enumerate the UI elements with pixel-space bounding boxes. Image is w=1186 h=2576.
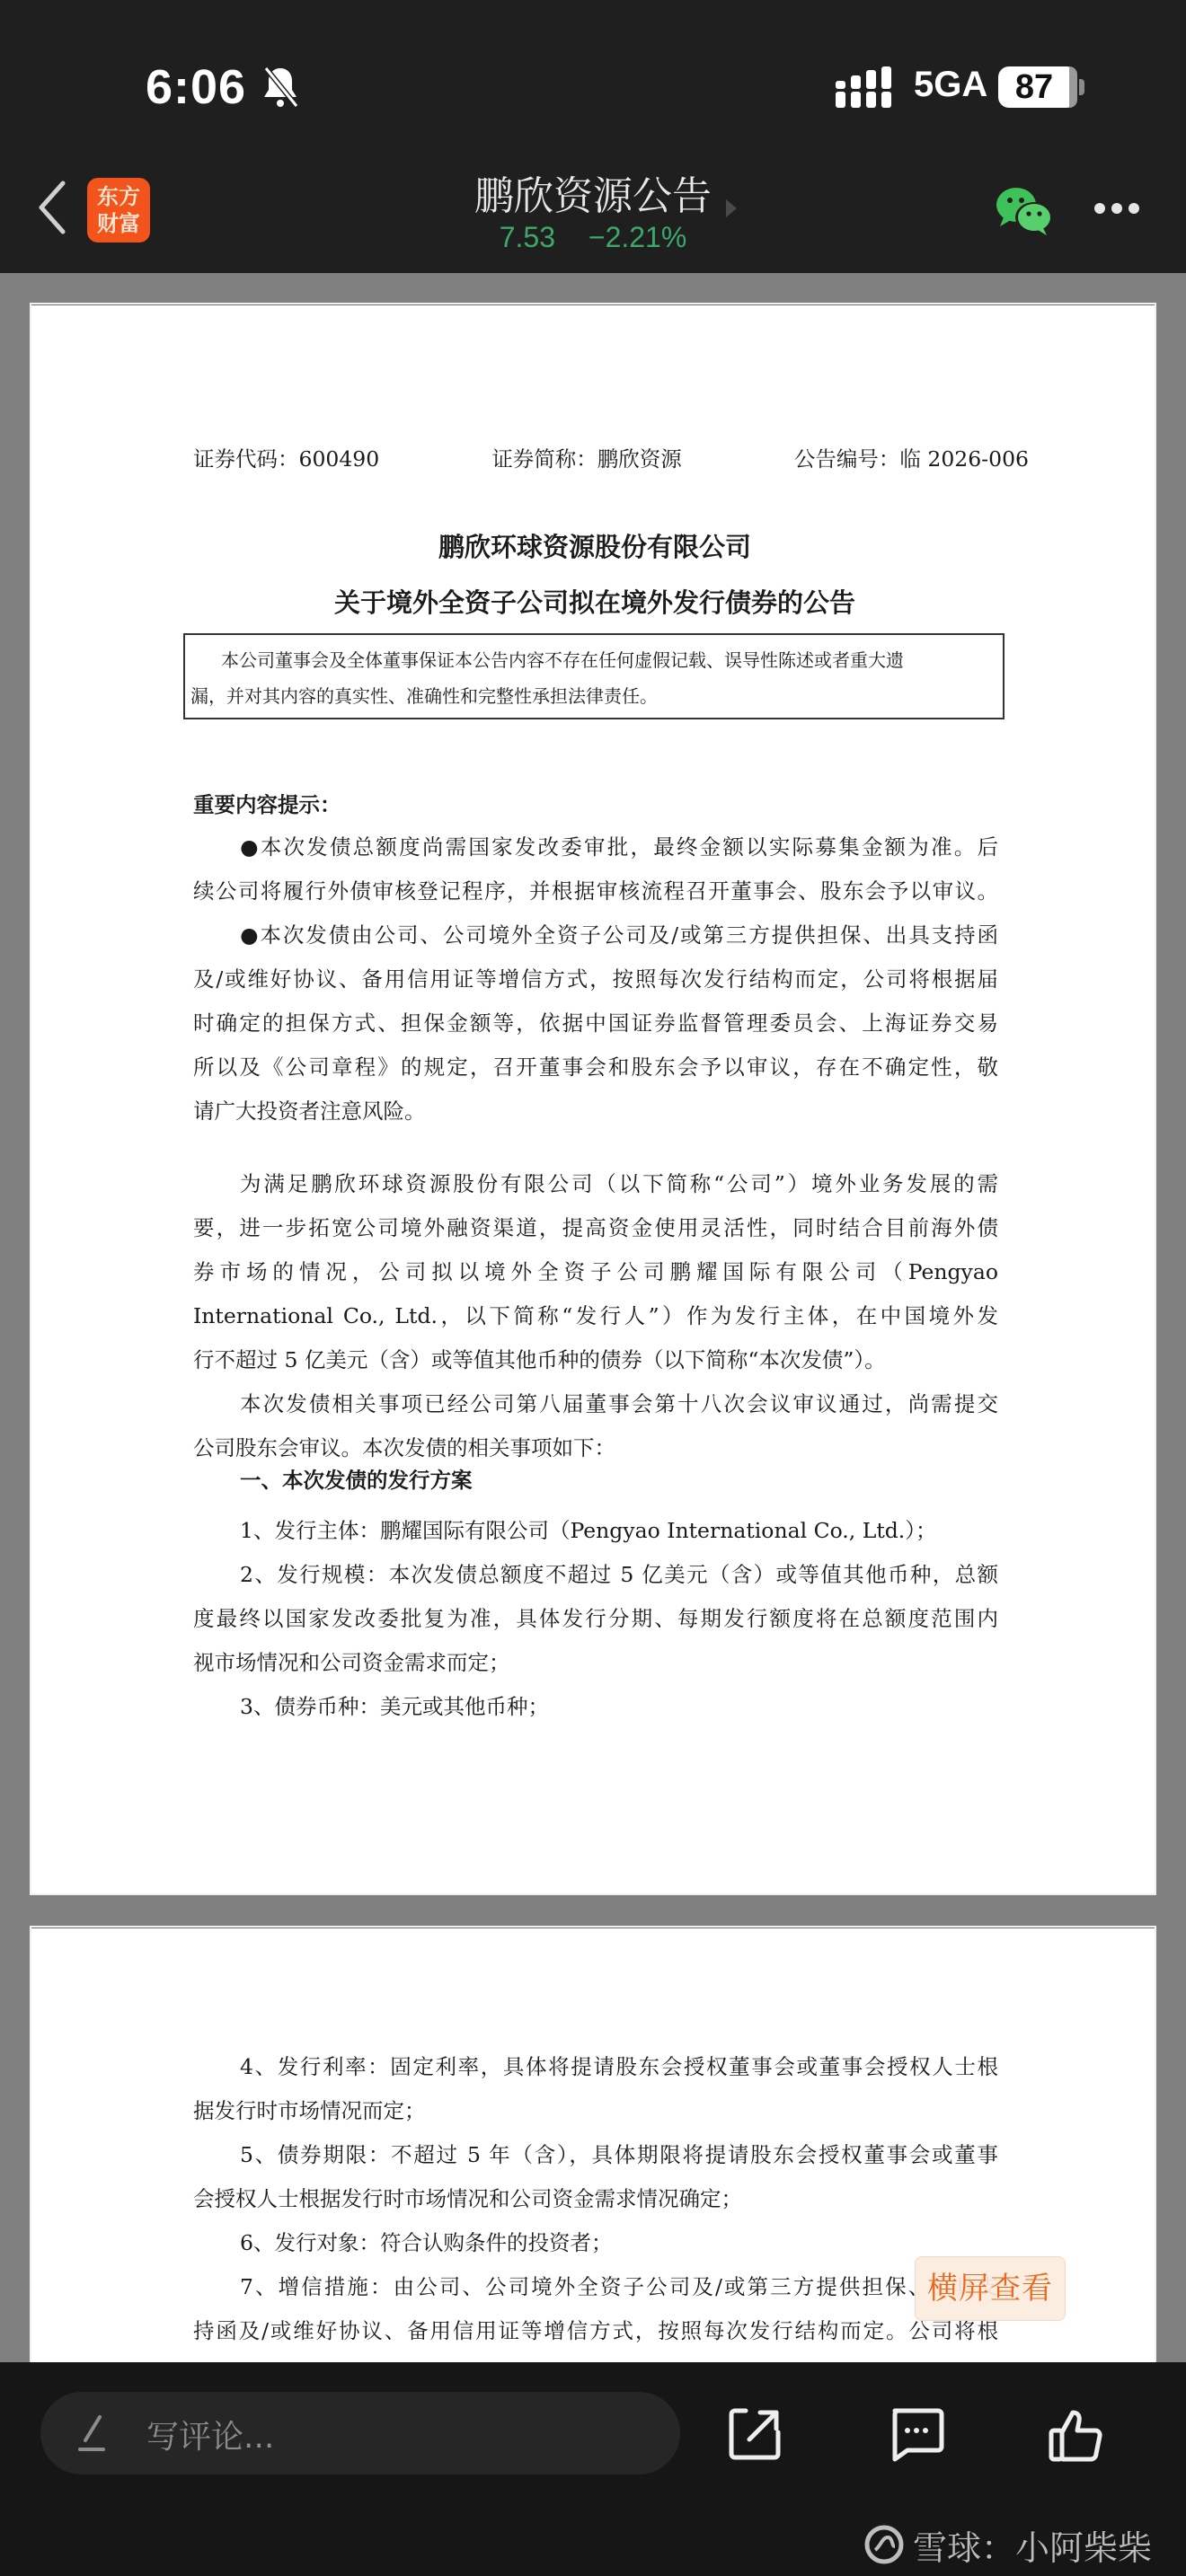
disclaimer-line: 漏，并对其内容的真实性、准确性和完整性承担法律责任。: [190, 682, 658, 708]
network-type: 5GA: [914, 65, 987, 105]
text-line: 据发行时市场情况而定；: [193, 2094, 998, 2124]
text-line: 7、增信措施：由公司、公司境外全资子公司及/或第三方提供担保、出具支: [240, 2270, 998, 2300]
document-title: 关于境外全资子公司拟在境外发行债券的公告: [31, 583, 1158, 620]
text-line: 本次发债相关事项已经公司第八届董事会第十八次会议审议通过，尚需提交: [240, 1387, 998, 1417]
disclaimer-line: 本公司董事会及全体董事保证本公告内容不存在任何虚假记载、误导性陈述或者重大遗: [221, 646, 904, 672]
text-line: 3、债券币种：美元或其他币种；: [240, 1689, 998, 1720]
battery-empty-segment: [1069, 66, 1077, 108]
comment-placeholder: 写评论...: [146, 2412, 274, 2457]
stock-change: −2.21%: [589, 221, 686, 253]
security-code: 证券代码：600490: [193, 442, 379, 472]
text-line: 6、发行对象：符合认购条件的投资者；: [240, 2226, 998, 2256]
section-heading: 一、本次发债的发行方案: [240, 1463, 473, 1494]
battery-icon: 87: [998, 66, 1077, 108]
text-line: ●本次发债总额度尚需国家发改委审批，最终金额以实际募集金额为准。后: [240, 830, 998, 860]
document-viewer[interactable]: 证券代码：600490 证券简称：鹏欣资源 公告编号：临 2026-006 鹏欣…: [0, 273, 1186, 2362]
text-line: 4、发行利率：固定利率，具体将提请股东会授权董事会或董事会授权人士根: [240, 2050, 998, 2080]
document-meta: 证券代码：600490 证券简称：鹏欣资源 公告编号：临 2026-006: [193, 442, 1029, 472]
text-line: 续公司将履行外债审核登记程序，并根据审核流程召开董事会、股东会予以审议。: [193, 874, 998, 904]
battery-nub: [1079, 79, 1084, 95]
battery-level: 87: [998, 66, 1070, 108]
caret-right-icon[interactable]: [726, 199, 737, 217]
nav-header: 东方 财富 鹏欣资源公告 7.53 −2.21%: [0, 153, 1186, 273]
disclaimer-box: 本公司董事会及全体董事保证本公告内容不存在任何虚假记载、误导性陈述或者重大遗 漏…: [183, 633, 1005, 719]
watermark: 雪球：小阿柴柴: [864, 2522, 1152, 2567]
text-line: 券市场的情况，公司拟以境外全资子公司鹏耀国际有限公司（Pengyao: [193, 1255, 998, 1285]
text-line: 所以及《公司章程》的规定，召开董事会和股东会予以审议，存在不确定性，敬: [193, 1050, 998, 1081]
text-line: 度最终以国家发改委批复为准，具体发行分期、每期发行额度将在总额度范围内: [193, 1601, 998, 1632]
stock-price: 7.53: [500, 221, 555, 253]
text-line: 及/或维好协议、备用信用证等增信方式，按照每次发行结构而定，公司将根据届: [193, 962, 998, 992]
text-line: 5、债券期限：不超过 5 年（含），具体期限将提请股东会授权董事会或董事: [240, 2138, 998, 2168]
text-line: 2、发行规模：本次发债总额度不超过 5 亿美元（含）或等值其他币种，总额: [240, 1557, 998, 1588]
company-name: 鹏欣环球资源股份有限公司: [31, 527, 1158, 564]
text-line: 公司股东会审议。本次发债的相关事项如下：: [193, 1431, 998, 1461]
text-line: 要，进一步拓宽公司境外融资渠道，提高资金使用灵活性，同时结合目前海外债: [193, 1211, 998, 1241]
status-bar: 6:06 5GA 87: [0, 0, 1186, 153]
pencil-icon: [76, 2413, 109, 2453]
landscape-view-button[interactable]: 横屏查看: [915, 2256, 1066, 2321]
text-line: ●本次发债由公司、公司境外全资子公司及/或第三方提供担保、出具支持函: [240, 918, 998, 948]
text-line: 视市场情况和公司资金需求而定；: [193, 1645, 998, 1676]
text-line: 会授权人士根据发行时市场情况和公司资金需求情况确定；: [193, 2182, 998, 2212]
text-line: International Co., Ltd.，以下简称“发行人”）作为发行主体…: [193, 1299, 998, 1329]
document-page-1: 证券代码：600490 证券简称：鹏欣资源 公告编号：临 2026-006 鹏欣…: [30, 303, 1156, 1895]
xueqiu-logo-icon: [864, 2523, 904, 2566]
bottom-bar: 写评论... 雪球：小阿柴柴: [0, 2362, 1186, 2576]
watermark-text: 雪球：小阿柴柴: [913, 2520, 1152, 2570]
signal-bars-icon: [836, 66, 893, 108]
text-line: 时确定的担保方式、担保金额等，依据中国证券监督管理委员会、上海证券交易: [193, 1006, 998, 1037]
thumbs-up-icon[interactable]: [1048, 2405, 1105, 2463]
wechat-icon[interactable]: [993, 183, 1056, 237]
comment-icon[interactable]: [888, 2405, 945, 2463]
text-line: 请广大投资者注意风险。: [193, 1094, 998, 1125]
bell-slash-icon: [261, 65, 300, 110]
notice-number: 公告编号：临 2026-006: [794, 442, 1029, 472]
text-line: 为满足鹏欣环球资源股份有限公司（以下简称“公司”）境外业务发展的需: [240, 1167, 998, 1197]
share-icon[interactable]: [726, 2405, 783, 2463]
highlights-heading: 重要内容提示：: [193, 788, 341, 818]
status-time: 6:06: [146, 59, 246, 115]
text-line: 行不超过 5 亿美元（含）或等值其他币种的债券（以下简称“本次发债”）。: [193, 1343, 998, 1373]
security-short-name: 证券简称：鹏欣资源: [491, 442, 682, 472]
text-line: 持函及/或维好协议、备用信用证等增信方式，按照每次发行结构而定。公司将根: [193, 2314, 998, 2344]
text-line: 1、发行主体：鹏耀国际有限公司（Pengyao International Co…: [240, 1513, 998, 1544]
more-dots-icon[interactable]: [1094, 203, 1139, 216]
comment-input[interactable]: 写评论...: [40, 2392, 680, 2475]
